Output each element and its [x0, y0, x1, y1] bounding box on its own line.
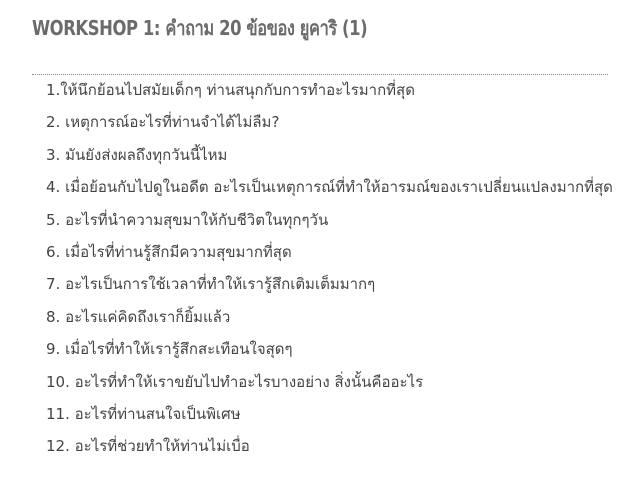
- question-item-10: 10. อะไรที่ทำให้เราขยับไปทำอะไรบางอย่าง …: [46, 370, 613, 402]
- question-item-5: 5. อะไรที่นำความสุขมาให้กับชีวิตในทุกๆวั…: [46, 208, 613, 240]
- question-item-2: 2. เหตุการณ์อะไรที่ท่านจำได้ไม่ลืม?: [46, 110, 613, 142]
- question-item-1: 1.ให้นึกย้อนไปสมัยเด็กๆ ท่านสนุกกับการทำ…: [46, 78, 613, 110]
- dotted-divider: [32, 74, 608, 75]
- question-item-9: 9. เมื่อไรที่ทำให้เรารู้สึกสะเทือนใจสุดๆ: [46, 337, 613, 369]
- question-item-12: 12. อะไรที่ช่วยทำให้ท่านไม่เบื่อ: [46, 434, 613, 466]
- question-item-8: 8. อะไรแค่คิดถึงเราก็ยิ้มแล้ว: [46, 305, 613, 337]
- question-list: 1.ให้นึกย้อนไปสมัยเด็กๆ ท่านสนุกกับการทำ…: [46, 78, 613, 467]
- question-item-3: 3. มันยังส่งผลถึงทุกวันนี้ไหม: [46, 143, 613, 175]
- question-item-6: 6. เมื่อไรที่ท่านรู้สึกมีความสุขมากที่สุ…: [46, 240, 613, 272]
- question-item-11: 11. อะไรที่ท่านสนใจเป็นพิเศษ: [46, 402, 613, 434]
- page-title: WORKSHOP 1: คำถาม 20 ข้อของ ยูคาริ (1): [32, 14, 367, 42]
- worksheet-page: WORKSHOP 1: คำถาม 20 ข้อของ ยูคาริ (1) 1…: [0, 0, 640, 480]
- question-item-4: 4. เมื่อย้อนกับไปดูในอดีต อะไรเป็นเหตุกา…: [46, 175, 613, 207]
- question-item-7: 7. อะไรเป็นการใช้เวลาที่ทำให้เรารู้สึกเต…: [46, 272, 613, 304]
